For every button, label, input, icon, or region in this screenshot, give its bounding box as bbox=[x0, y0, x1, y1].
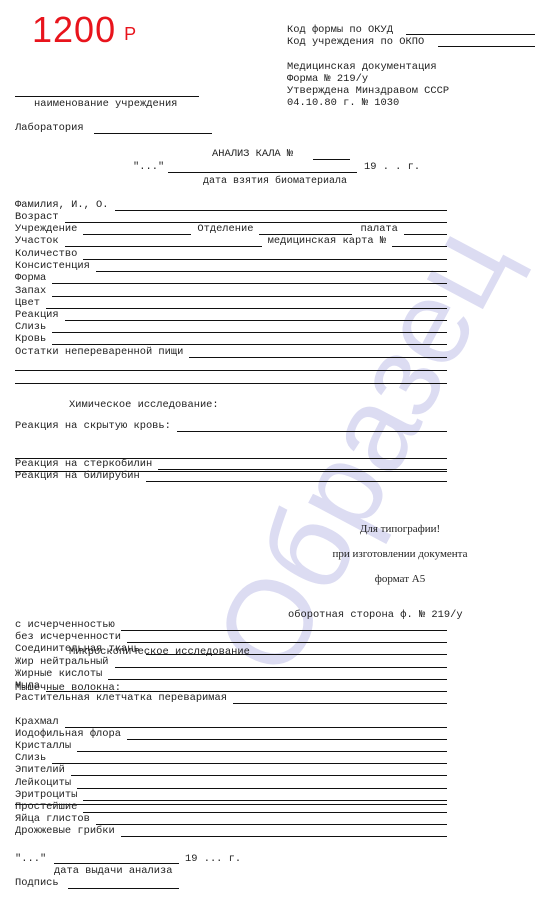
fio-field[interactable] bbox=[115, 200, 447, 211]
micro-field-label: Мыла bbox=[15, 680, 40, 692]
micro-field-row: Мыла bbox=[15, 680, 447, 692]
macro-field-label: Реакция bbox=[15, 309, 59, 321]
okud-field[interactable] bbox=[406, 34, 535, 35]
macro-field-label: Запах bbox=[15, 285, 46, 297]
micro-field-field[interactable] bbox=[108, 669, 447, 680]
fio-label: Фамилия, И., О. bbox=[15, 199, 109, 211]
approval-line: Утверждена Минздравом СССР bbox=[287, 85, 449, 97]
occult-blood-row: Реакция на скрытую кровь: bbox=[15, 420, 447, 432]
micro-field-field[interactable] bbox=[121, 826, 447, 837]
micro-field-label: Эпителий bbox=[15, 764, 65, 776]
macro-field-field[interactable] bbox=[52, 322, 447, 333]
ward-field[interactable] bbox=[404, 224, 447, 235]
micro-field-field[interactable] bbox=[46, 681, 447, 692]
micro-field-row: Жирные кислоты bbox=[15, 668, 447, 680]
occult-blood-field[interactable] bbox=[177, 421, 447, 432]
micro-field-row: Эритроциты bbox=[15, 789, 447, 801]
blank-line-2[interactable] bbox=[15, 383, 447, 384]
macro-field-row: Реакция bbox=[15, 309, 447, 321]
fio-row: Фамилия, И., О. bbox=[15, 199, 447, 211]
micro-field-field[interactable] bbox=[83, 802, 447, 813]
price-amount: 1200 bbox=[32, 9, 116, 50]
bilirubin-label: Реакция на билирубин bbox=[15, 470, 140, 482]
macro-field-field[interactable] bbox=[96, 261, 447, 272]
macro-field-row: Остатки непереваренной пищи bbox=[15, 346, 447, 358]
micro-field-field[interactable] bbox=[77, 741, 447, 752]
micro-field-field[interactable] bbox=[115, 657, 447, 668]
occult-blood-label: Реакция на скрытую кровь: bbox=[15, 420, 171, 432]
institution-label: Учреждение bbox=[15, 223, 77, 235]
micro-field-row: Растительная клетчатка переваримая bbox=[15, 692, 447, 704]
macro-field-label: Консистенция bbox=[15, 260, 90, 272]
district-label: Участок bbox=[15, 235, 59, 247]
micro-field-field[interactable] bbox=[233, 693, 447, 704]
print-note-line-1: Для типографии! bbox=[320, 523, 480, 535]
macro-field-row: Консистенция bbox=[15, 260, 447, 272]
micro-field-row: Дрожжевые грибки bbox=[15, 825, 447, 837]
currency-sign: Р bbox=[124, 24, 137, 44]
micro-field-row: Слизь bbox=[15, 752, 447, 764]
print-note-line-2: при изготовлении документа bbox=[320, 548, 480, 560]
micro-field-label: Слизь bbox=[15, 752, 46, 764]
approval-date: 04.10.80 г. № 1030 bbox=[287, 97, 399, 109]
blank-line-1[interactable] bbox=[15, 370, 447, 371]
micro-field-field[interactable] bbox=[52, 753, 447, 764]
laboratory-label: Лаборатория bbox=[15, 122, 84, 134]
chemical-title: Химическое исследование: bbox=[69, 399, 548, 411]
micro-field-field[interactable] bbox=[71, 765, 447, 776]
bilirubin-row: Реакция на билирубин bbox=[15, 470, 447, 482]
med-card-label: медицинская карта № bbox=[268, 235, 386, 247]
issue-date-suffix: 19 ... г. bbox=[185, 853, 241, 865]
micro-field-row: Иодофильная флора bbox=[15, 728, 447, 740]
department-label: Отделение bbox=[197, 223, 253, 235]
micro-field-label: Лейкоциты bbox=[15, 777, 71, 789]
micro-field-field[interactable] bbox=[77, 778, 447, 789]
macro-field-field[interactable] bbox=[52, 286, 447, 297]
micro-field-label: с исчерченностью bbox=[15, 619, 115, 631]
macro-field-label: Форма bbox=[15, 272, 46, 284]
micro-field-field[interactable] bbox=[121, 620, 447, 631]
macro-field-label: Цвет bbox=[15, 297, 40, 309]
stercobilin-row: Реакция на стеркобилин bbox=[15, 458, 447, 470]
micro-field-label: Дрожжевые грибки bbox=[15, 825, 115, 837]
macro-field-label: Остатки непереваренной пищи bbox=[15, 346, 183, 358]
signature-label: Подпись bbox=[15, 877, 59, 889]
micro-field-field[interactable] bbox=[127, 729, 447, 740]
micro-field-row: без исчерченности bbox=[15, 631, 447, 643]
micro-field-label: Жир нейтральный bbox=[15, 656, 109, 668]
institution-caption: наименование учреждения bbox=[34, 98, 177, 110]
issue-date-caption: дата выдачи анализа bbox=[54, 865, 172, 877]
micro-field-field[interactable] bbox=[65, 717, 447, 728]
macro-field-row: Форма bbox=[15, 272, 447, 284]
analysis-number-field[interactable] bbox=[313, 159, 350, 160]
micro-field-row: с исчерченностью bbox=[15, 619, 447, 631]
bilirubin-field[interactable] bbox=[146, 471, 447, 482]
micro-field-label: Иодофильная флора bbox=[15, 728, 121, 740]
micro-field-row: Жир нейтральный bbox=[15, 656, 447, 668]
okpo-field[interactable] bbox=[438, 46, 535, 47]
okpo-label: Код учреждения по ОКПО bbox=[287, 36, 424, 48]
micro-field-field[interactable] bbox=[146, 644, 447, 655]
macro-field-row: Кровь bbox=[15, 333, 447, 345]
micro-field-label: Крахмал bbox=[15, 716, 59, 728]
macro-field-label: Кровь bbox=[15, 333, 46, 345]
macro-field-field[interactable] bbox=[83, 249, 447, 260]
micro-field-field[interactable] bbox=[83, 790, 447, 801]
macro-field-label: Слизь bbox=[15, 321, 46, 333]
institution-name-field[interactable] bbox=[15, 96, 199, 97]
micro-field-field[interactable] bbox=[96, 814, 447, 825]
macro-field-row: Слизь bbox=[15, 321, 447, 333]
district-row: Участок медицинская карта № bbox=[15, 235, 447, 247]
macro-field-field[interactable] bbox=[65, 310, 447, 321]
micro-field-label: Соединительная ткань bbox=[15, 643, 140, 655]
macro-field-field[interactable] bbox=[52, 273, 447, 284]
micro-field-label: Простейшие bbox=[15, 801, 77, 813]
micro-field-row: Эпителий bbox=[15, 764, 447, 776]
macro-field-row: Запах bbox=[15, 285, 447, 297]
date-suffix: 19 . . г. bbox=[364, 161, 420, 173]
date-prefix: "..." bbox=[133, 161, 164, 173]
macro-field-row: Цвет bbox=[15, 297, 447, 309]
laboratory-field[interactable] bbox=[94, 133, 212, 134]
macro-field-field[interactable] bbox=[52, 334, 447, 345]
micro-field-label: Яйца глистов bbox=[15, 813, 90, 825]
micro-field-label: Жирные кислоты bbox=[15, 668, 102, 680]
micro-field-label: Растительная клетчатка переваримая bbox=[15, 692, 227, 704]
age-field[interactable] bbox=[65, 212, 447, 223]
institution-row: Учреждение Отделение палата bbox=[15, 223, 447, 235]
micro-field-row: Соединительная ткань bbox=[15, 643, 447, 655]
micro-field-field[interactable] bbox=[127, 632, 447, 643]
med-card-field[interactable] bbox=[392, 236, 447, 247]
ward-label: палата bbox=[360, 223, 397, 235]
institution-field[interactable] bbox=[83, 224, 191, 235]
analysis-title: АНАЛИЗ КАЛА № bbox=[212, 148, 293, 160]
macro-field-field[interactable] bbox=[46, 298, 447, 309]
issue-date-prefix: "..." bbox=[15, 853, 46, 865]
sample-date-caption: дата взятия биоматериала bbox=[203, 176, 347, 188]
form-number: Форма № 219/у bbox=[287, 73, 368, 85]
department-field[interactable] bbox=[259, 224, 352, 235]
macro-field-row: Количество bbox=[15, 248, 447, 260]
stercobilin-field[interactable] bbox=[158, 459, 447, 470]
micro-field-label: Кристаллы bbox=[15, 740, 71, 752]
micro-field-row: Простейшие bbox=[15, 801, 447, 813]
print-note-line-3: формат А5 bbox=[320, 573, 480, 585]
price-label: 1200Р bbox=[32, 10, 137, 54]
micro-field-label: Эритроциты bbox=[15, 789, 77, 801]
micro-field-label: без исчерченности bbox=[15, 631, 121, 643]
macro-field-field[interactable] bbox=[189, 347, 447, 358]
micro-field-row: Кристаллы bbox=[15, 740, 447, 752]
doc-line-1: Медицинская документация bbox=[287, 61, 437, 73]
stercobilin-label: Реакция на стеркобилин bbox=[15, 458, 152, 470]
signature-field[interactable] bbox=[68, 888, 179, 889]
district-field[interactable] bbox=[65, 236, 262, 247]
micro-field-row: Яйца глистов bbox=[15, 813, 447, 825]
micro-field-row: Крахмал bbox=[15, 716, 447, 728]
age-row: Возраст bbox=[15, 211, 447, 223]
micro-field-row: Лейкоциты bbox=[15, 777, 447, 789]
age-label: Возраст bbox=[15, 211, 59, 223]
sample-date-field[interactable] bbox=[168, 172, 357, 173]
issue-date-field[interactable] bbox=[54, 863, 179, 864]
okud-label: Код формы по ОКУД bbox=[287, 24, 393, 36]
macro-field-label: Количество bbox=[15, 248, 77, 260]
